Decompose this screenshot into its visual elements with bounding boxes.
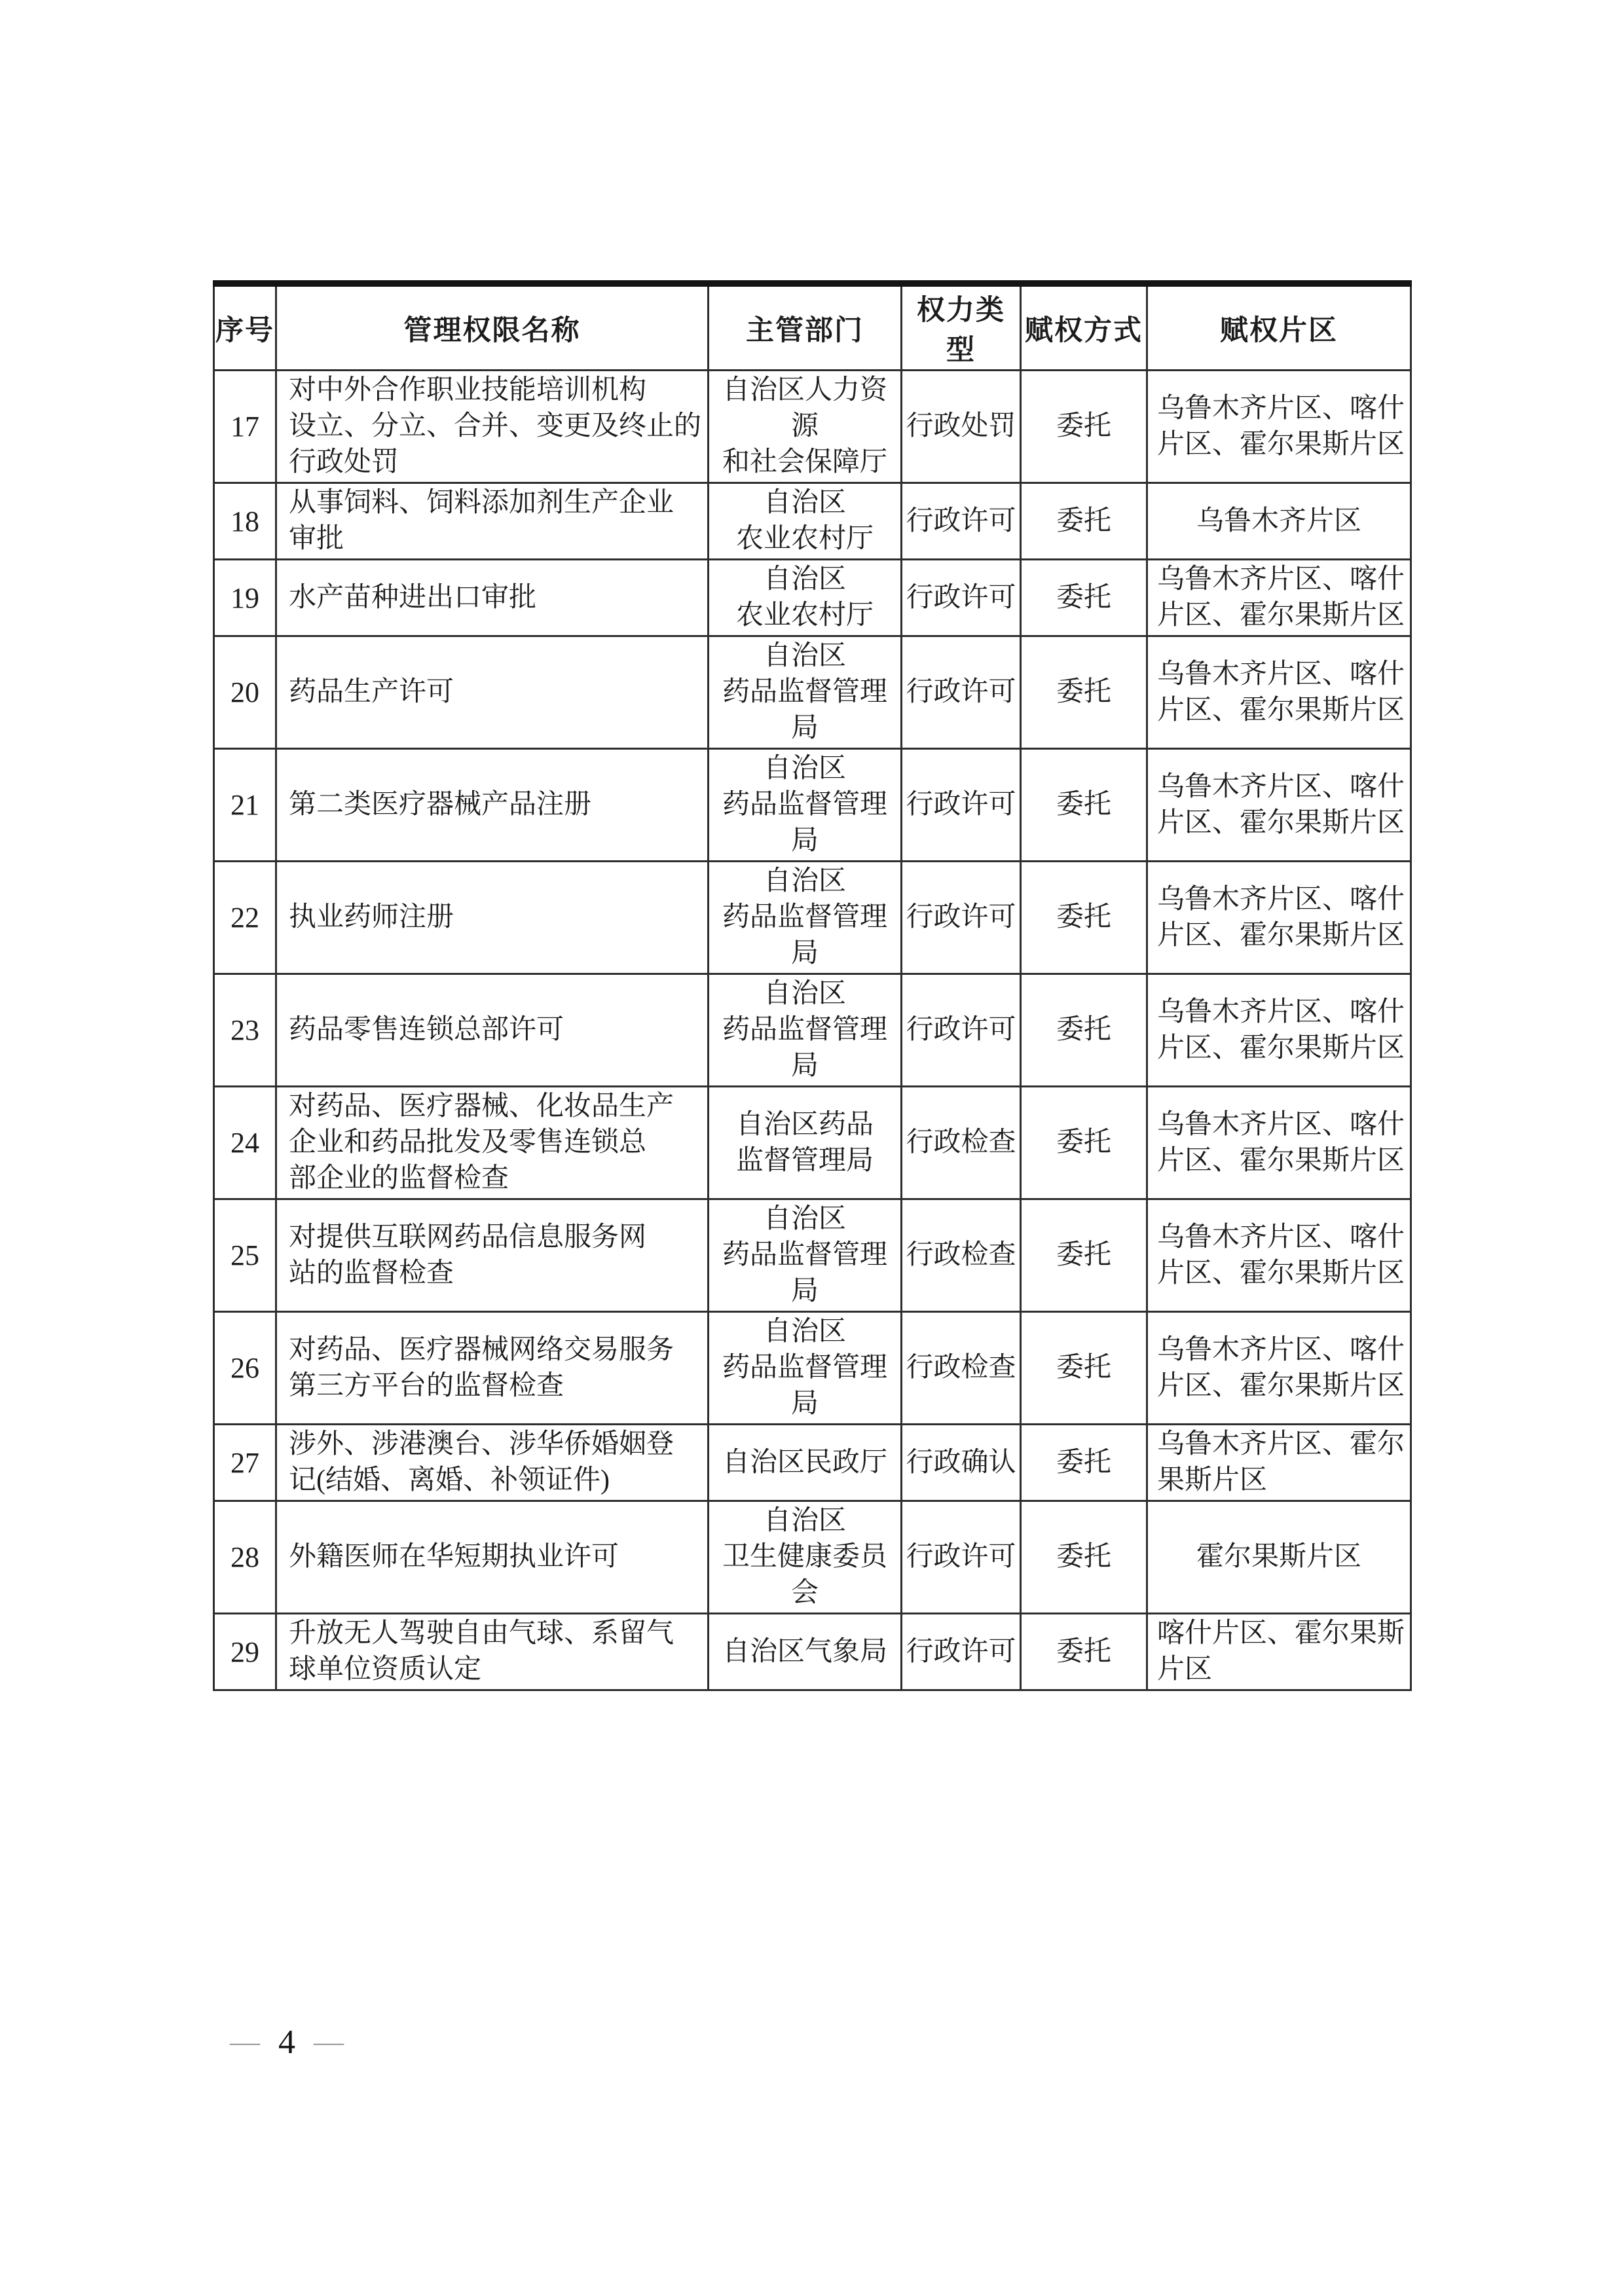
cell-authority-name: 从事饲料、饲料添加剂生产企业 审批 <box>276 483 709 560</box>
cell-grant-mode: 委托 <box>1021 371 1147 483</box>
cell-power-type: 行政许可 <box>902 1501 1021 1614</box>
cell-serial-number: 21 <box>214 749 276 862</box>
cell-power-type: 行政检查 <box>902 1087 1021 1199</box>
cell-authority-name: 对药品、医疗器械、化妆品生产 企业和药品批发及零售连锁总 部企业的监督检查 <box>276 1087 709 1199</box>
cell-power-type: 行政许可 <box>902 749 1021 862</box>
cell-grant-region: 乌鲁木齐片区、喀什 片区、霍尔果斯片区 <box>1147 560 1411 636</box>
cell-grant-mode: 委托 <box>1021 1312 1147 1425</box>
cell-serial-number: 17 <box>214 371 276 483</box>
cell-grant-mode: 委托 <box>1021 862 1147 974</box>
cell-power-type: 行政许可 <box>902 560 1021 636</box>
cell-serial-number: 19 <box>214 560 276 636</box>
table-row: 21 第二类医疗器械产品注册 自治区 药品监督管理局 行政许可 委托 乌鲁木齐片… <box>214 749 1411 862</box>
cell-authority-name: 药品生产许可 <box>276 636 709 749</box>
header-row: 序号 管理权限名称 主管部门 权力类型 赋权方式 赋权片区 <box>214 283 1411 371</box>
cell-serial-number: 27 <box>214 1425 276 1501</box>
footer-dash-right: — <box>314 2030 344 2056</box>
table-row: 27 涉外、涉港澳台、涉华侨婚姻登 记(结婚、离婚、补领证件) 自治区民政厅 行… <box>214 1425 1411 1501</box>
cell-grant-mode: 委托 <box>1021 1199 1147 1312</box>
cell-power-type: 行政许可 <box>902 974 1021 1087</box>
cell-authority-name: 执业药师注册 <box>276 862 709 974</box>
col-header-region: 赋权片区 <box>1147 283 1411 371</box>
table-row: 24 对药品、医疗器械、化妆品生产 企业和药品批发及零售连锁总 部企业的监督检查… <box>214 1087 1411 1199</box>
cell-serial-number: 23 <box>214 974 276 1087</box>
cell-authority-name: 对提供互联网药品信息服务网 站的监督检查 <box>276 1199 709 1312</box>
cell-grant-region: 乌鲁木齐片区、喀什 片区、霍尔果斯片区 <box>1147 1199 1411 1312</box>
cell-power-type: 行政许可 <box>902 1614 1021 1690</box>
table-row: 22 执业药师注册 自治区 药品监督管理局 行政许可 委托 乌鲁木齐片区、喀什 … <box>214 862 1411 974</box>
cell-grant-region: 乌鲁木齐片区 <box>1147 483 1411 560</box>
cell-grant-region: 乌鲁木齐片区、喀什 片区、霍尔果斯片区 <box>1147 636 1411 749</box>
document-page: { "colors": { "ink": "#1c1c1c", "table_l… <box>0 0 1624 2296</box>
col-header-mode: 赋权方式 <box>1021 283 1147 371</box>
table-row: 29 升放无人驾驶自由气球、系留气 球单位资质认定 自治区气象局 行政许可 委托… <box>214 1614 1411 1690</box>
cell-department: 自治区 农业农村厅 <box>709 483 902 560</box>
cell-grant-mode: 委托 <box>1021 749 1147 862</box>
cell-serial-number: 28 <box>214 1501 276 1614</box>
cell-department: 自治区 药品监督管理局 <box>709 636 902 749</box>
table-row: 18 从事饲料、饲料添加剂生产企业 审批 自治区 农业农村厅 行政许可 委托 乌… <box>214 483 1411 560</box>
cell-grant-region: 乌鲁木齐片区、喀什 片区、霍尔果斯片区 <box>1147 371 1411 483</box>
cell-grant-mode: 委托 <box>1021 1614 1147 1690</box>
cell-grant-mode: 委托 <box>1021 1425 1147 1501</box>
page-footer: — 4 — <box>230 2023 344 2062</box>
cell-department: 自治区民政厅 <box>709 1425 902 1501</box>
cell-serial-number: 24 <box>214 1087 276 1199</box>
cell-grant-mode: 委托 <box>1021 560 1147 636</box>
table-row: 23 药品零售连锁总部许可 自治区 药品监督管理局 行政许可 委托 乌鲁木齐片区… <box>214 974 1411 1087</box>
cell-power-type: 行政处罚 <box>902 371 1021 483</box>
col-header-dept: 主管部门 <box>709 283 902 371</box>
cell-authority-name: 对药品、医疗器械网络交易服务 第三方平台的监督检查 <box>276 1312 709 1425</box>
cell-grant-region: 乌鲁木齐片区、喀什 片区、霍尔果斯片区 <box>1147 862 1411 974</box>
cell-department: 自治区 卫生健康委员会 <box>709 1501 902 1614</box>
cell-department: 自治区 药品监督管理局 <box>709 974 902 1087</box>
table-row: 28 外籍医师在华短期执业许可 自治区 卫生健康委员会 行政许可 委托 霍尔果斯… <box>214 1501 1411 1614</box>
cell-grant-region: 乌鲁木齐片区、喀什 片区、霍尔果斯片区 <box>1147 974 1411 1087</box>
table-row: 20 药品生产许可 自治区 药品监督管理局 行政许可 委托 乌鲁木齐片区、喀什 … <box>214 636 1411 749</box>
cell-department: 自治区 药品监督管理局 <box>709 749 902 862</box>
cell-department: 自治区气象局 <box>709 1614 902 1690</box>
cell-power-type: 行政许可 <box>902 636 1021 749</box>
col-header-name: 管理权限名称 <box>276 283 709 371</box>
cell-power-type: 行政检查 <box>902 1312 1021 1425</box>
cell-authority-name: 升放无人驾驶自由气球、系留气 球单位资质认定 <box>276 1614 709 1690</box>
cell-department: 自治区 药品监督管理局 <box>709 1312 902 1425</box>
table-row: 17 对中外合作职业技能培训机构 设立、分立、合并、变更及终止的 行政处罚 自治… <box>214 371 1411 483</box>
cell-grant-mode: 委托 <box>1021 1087 1147 1199</box>
cell-power-type: 行政确认 <box>902 1425 1021 1501</box>
cell-authority-name: 药品零售连锁总部许可 <box>276 974 709 1087</box>
cell-serial-number: 20 <box>214 636 276 749</box>
cell-authority-name: 涉外、涉港澳台、涉华侨婚姻登 记(结婚、离婚、补领证件) <box>276 1425 709 1501</box>
cell-grant-mode: 委托 <box>1021 1501 1147 1614</box>
cell-authority-name: 对中外合作职业技能培训机构 设立、分立、合并、变更及终止的 行政处罚 <box>276 371 709 483</box>
cell-serial-number: 25 <box>214 1199 276 1312</box>
authority-table: 序号 管理权限名称 主管部门 权力类型 赋权方式 赋权片区 17 对中外合作职业… <box>213 280 1412 1691</box>
cell-department: 自治区 药品监督管理局 <box>709 1199 902 1312</box>
table-row: 26 对药品、医疗器械网络交易服务 第三方平台的监督检查 自治区 药品监督管理局… <box>214 1312 1411 1425</box>
cell-power-type: 行政检查 <box>902 1199 1021 1312</box>
cell-department: 自治区药品 监督管理局 <box>709 1087 902 1199</box>
cell-department: 自治区 农业农村厅 <box>709 560 902 636</box>
col-header-type: 权力类型 <box>902 283 1021 371</box>
cell-serial-number: 29 <box>214 1614 276 1690</box>
cell-grant-region: 乌鲁木齐片区、喀什 片区、霍尔果斯片区 <box>1147 1087 1411 1199</box>
cell-grant-mode: 委托 <box>1021 974 1147 1087</box>
cell-grant-region: 乌鲁木齐片区、喀什 片区、霍尔果斯片区 <box>1147 749 1411 862</box>
cell-grant-region: 乌鲁木齐片区、喀什 片区、霍尔果斯片区 <box>1147 1312 1411 1425</box>
cell-serial-number: 22 <box>214 862 276 974</box>
table-row: 25 对提供互联网药品信息服务网 站的监督检查 自治区 药品监督管理局 行政检查… <box>214 1199 1411 1312</box>
table-header: 序号 管理权限名称 主管部门 权力类型 赋权方式 赋权片区 <box>214 283 1411 371</box>
cell-department: 自治区 药品监督管理局 <box>709 862 902 974</box>
cell-authority-name: 外籍医师在华短期执业许可 <box>276 1501 709 1614</box>
cell-authority-name: 水产苗种进出口审批 <box>276 560 709 636</box>
col-header-no: 序号 <box>214 283 276 371</box>
cell-serial-number: 26 <box>214 1312 276 1425</box>
cell-grant-region: 霍尔果斯片区 <box>1147 1501 1411 1614</box>
cell-grant-region: 喀什片区、霍尔果斯 片区 <box>1147 1614 1411 1690</box>
cell-department: 自治区人力资源 和社会保障厅 <box>709 371 902 483</box>
cell-power-type: 行政许可 <box>902 483 1021 560</box>
cell-authority-name: 第二类医疗器械产品注册 <box>276 749 709 862</box>
page-number: 4 <box>278 2023 295 2062</box>
footer-dash-left: — <box>230 2030 260 2056</box>
table-body: 17 对中外合作职业技能培训机构 设立、分立、合并、变更及终止的 行政处罚 自治… <box>214 371 1411 1690</box>
cell-power-type: 行政许可 <box>902 862 1021 974</box>
cell-serial-number: 18 <box>214 483 276 560</box>
cell-grant-mode: 委托 <box>1021 636 1147 749</box>
table-row: 19 水产苗种进出口审批 自治区 农业农村厅 行政许可 委托 乌鲁木齐片区、喀什… <box>214 560 1411 636</box>
cell-grant-mode: 委托 <box>1021 483 1147 560</box>
cell-grant-region: 乌鲁木齐片区、霍尔 果斯片区 <box>1147 1425 1411 1501</box>
